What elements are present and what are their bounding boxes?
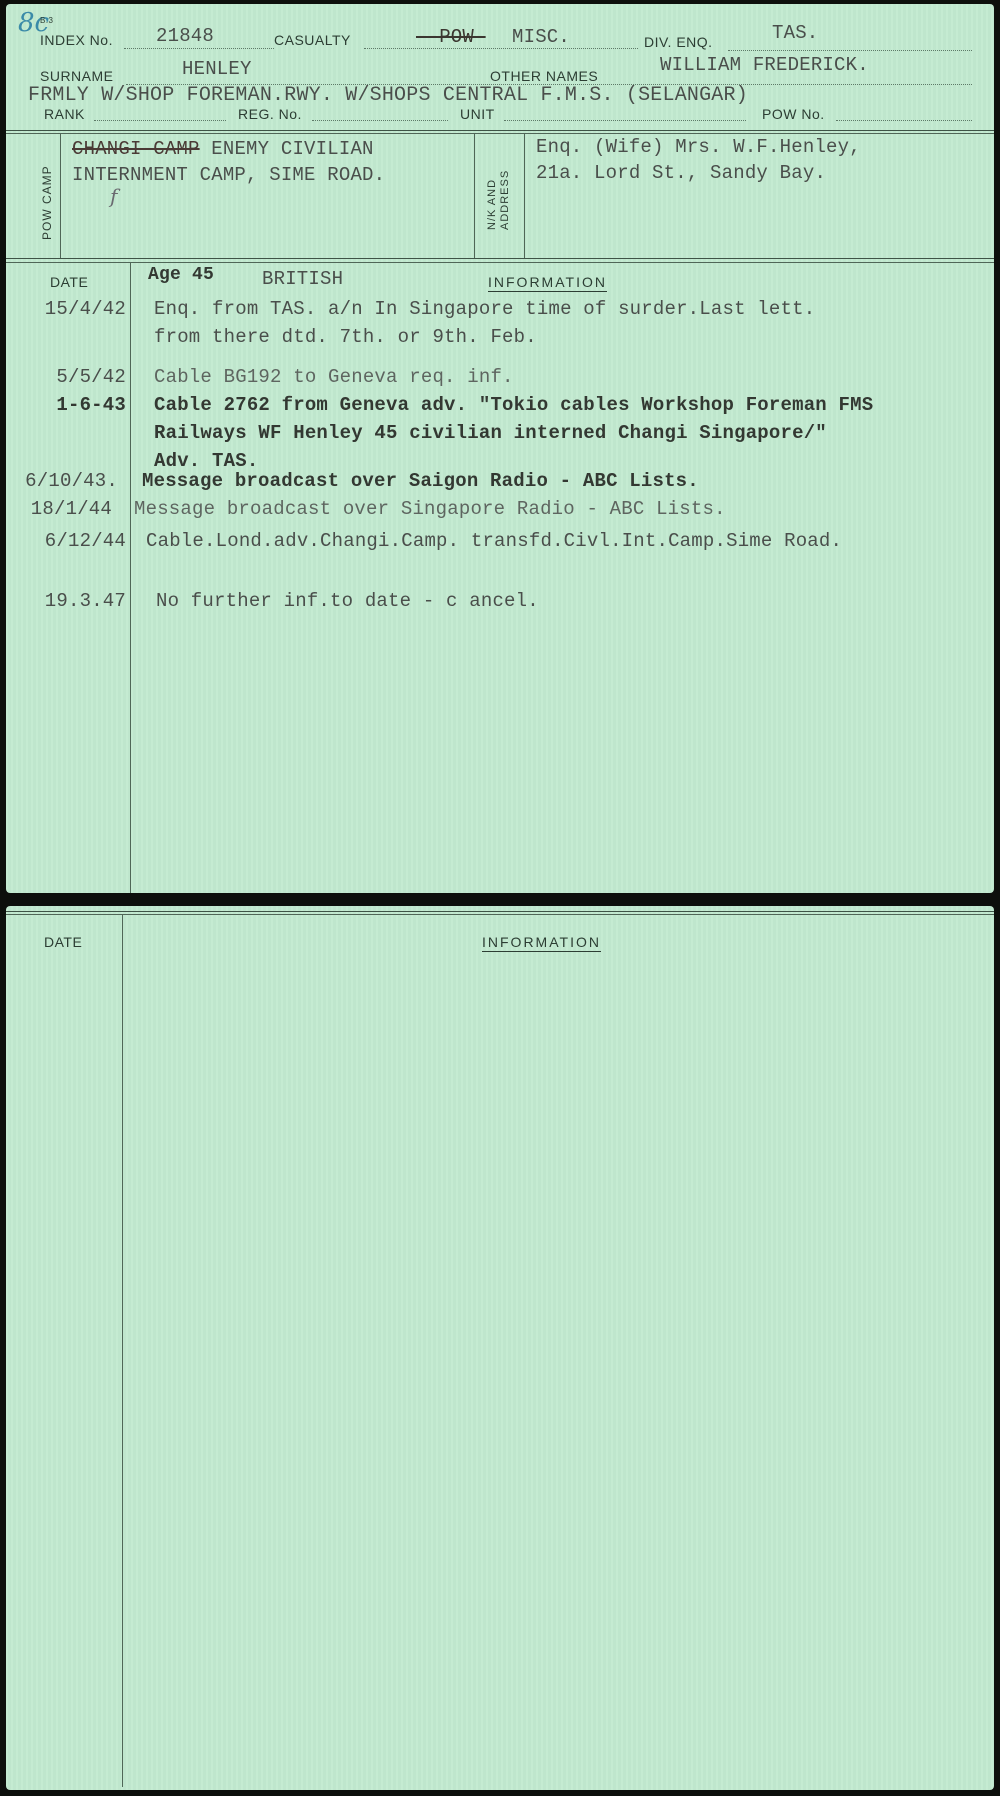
- other-names-label: OTHER NAMES: [490, 68, 598, 84]
- entry-date: 15/4/42: [6, 298, 126, 320]
- information-header: INFORMATION: [482, 934, 601, 952]
- unit-label: UNIT: [460, 106, 495, 122]
- entry-text: Message broadcast over Saigon Radio - AB…: [142, 470, 699, 492]
- entry-date: 6/12/44: [6, 530, 126, 552]
- occupation-line: FRMLY W/SHOP FOREMAN.RWY. W/SHOPS CENTRA…: [28, 84, 748, 107]
- index-card-front: 8c B.3 INDEX No. 21848 CASUALTY --POW- M…: [6, 4, 994, 893]
- entry-text: Cable.Lond.adv.Changi.Camp. transfd.Civl…: [146, 530, 842, 552]
- reg-no-label: REG. No.: [238, 106, 302, 122]
- entry-date: 1-6-43: [6, 394, 126, 416]
- entry-text: Cable BG192 to Geneva req. inf.: [154, 366, 514, 388]
- date-header: DATE: [44, 934, 82, 950]
- pow-camp-struck: CHANGI-CAMP: [72, 138, 200, 160]
- date-column-divider: [122, 915, 123, 1787]
- pow-camp-line1: CHANGI-CAMP ENEMY CIVILIAN: [72, 138, 374, 160]
- entry-date: 5/5/42: [6, 366, 126, 388]
- age: Age 45: [148, 265, 214, 285]
- div-enq-label: DIV. ENQ.: [644, 34, 713, 50]
- header-rule: [6, 130, 994, 131]
- entry-date: 18/1/44: [0, 498, 112, 520]
- pow-no-label: POW No.: [762, 106, 825, 122]
- handwritten-tick: f: [110, 184, 117, 208]
- nok-label: N/K ANDADDRESS: [486, 170, 512, 230]
- div-enq-value: TAS.: [772, 22, 818, 44]
- index-value: 21848: [156, 25, 214, 47]
- entry-text: Enq. from TAS. a/n In Singapore time of …: [154, 298, 815, 320]
- rank-label: RANK: [44, 106, 85, 122]
- entry-text: from there dtd. 7th. or 9th. Feb.: [154, 326, 537, 348]
- surname-value: HENLEY: [182, 58, 252, 80]
- other-names-value: WILLIAM FREDERICK.: [660, 54, 869, 76]
- entry-date: 6/10/43.: [0, 470, 118, 492]
- index-label: INDEX No.: [40, 32, 113, 48]
- surname-label: SURNAME: [40, 68, 114, 84]
- entry-text: Railways WF Henley 45 civilian interned …: [154, 422, 827, 444]
- pow-camp-label: POW CAMP: [40, 165, 54, 240]
- casualty-label: CASUALTY: [274, 32, 351, 48]
- information-header: INFORMATION: [488, 274, 607, 292]
- pow-camp-line2: INTERNMENT CAMP, SIME ROAD.: [72, 164, 385, 186]
- form-code: B.3: [40, 16, 54, 25]
- casualty-value: MISC.: [512, 26, 570, 48]
- entry-text: Cable 2762 from Geneva adv. "Tokio cable…: [154, 394, 873, 416]
- pow-camp-line1-rest: ENEMY CIVILIAN: [211, 138, 373, 160]
- nationality: BRITISH: [262, 268, 343, 290]
- entry-text: Message broadcast over Singapore Radio -…: [134, 498, 726, 520]
- entry-date: 19.3.47: [6, 590, 126, 612]
- index-card-back: DATE INFORMATION: [6, 906, 994, 1790]
- date-header: DATE: [50, 274, 88, 290]
- casualty-struck: --POW-: [416, 26, 486, 48]
- entry-text: Adv. TAS.: [154, 450, 258, 472]
- nok-line1: Enq. (Wife) Mrs. W.F.Henley,: [536, 136, 861, 158]
- nok-line2: 21a. Lord St., Sandy Bay.: [536, 162, 826, 184]
- date-column-divider: [130, 263, 131, 893]
- entry-text: No further inf.to date - c ancel.: [156, 590, 539, 612]
